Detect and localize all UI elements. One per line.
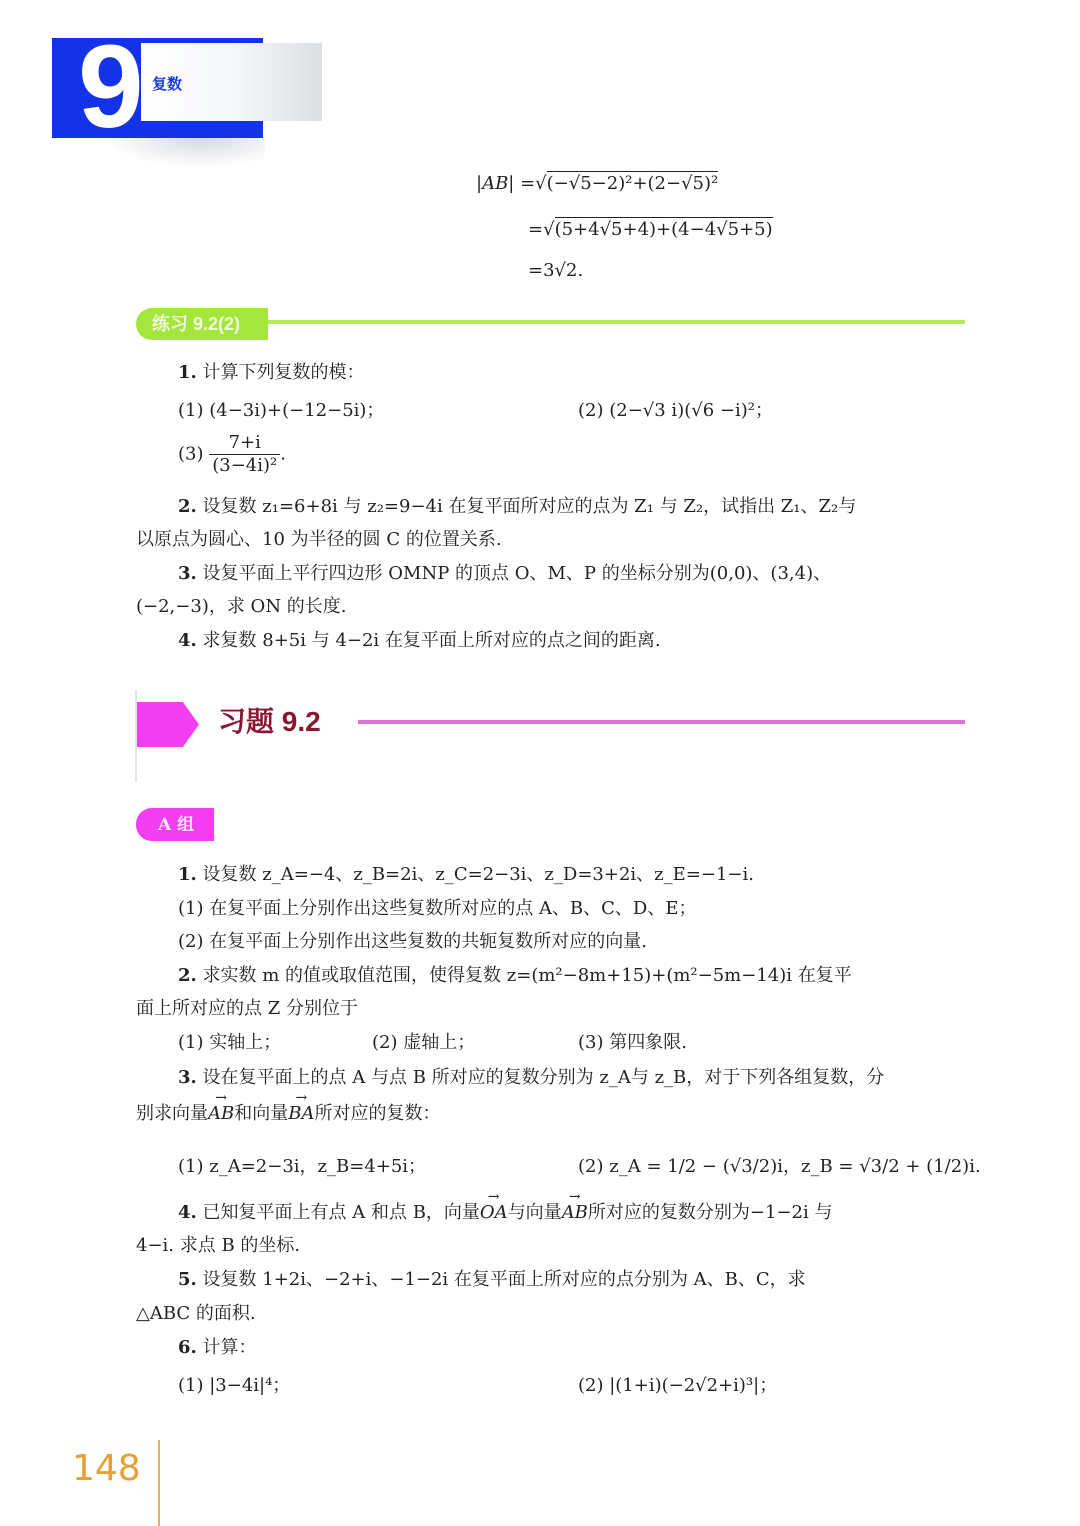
exercise-item-4: 4. 已知复平面上有点 A 和点 B，向量OA与向量AB所对应的复数分别为−1−… [178,1196,832,1230]
item-text: 设复数 1+2i、−2+i、−1−2i 在复平面上所对应的点分别为 A、B、C，… [203,1269,806,1290]
item-number: 4. [178,1202,197,1223]
vector-oa: OA [480,1196,508,1230]
numerator: 7+i [209,432,280,455]
text: 别求向量 [136,1103,208,1124]
exercise-item-3-part-1: (1) z_A=2−3i，z_B=4+5i； [178,1150,426,1184]
exercise-item-2: 2. 求实数 m 的值或取值范围，使得复数 z=(m²−8m+15)+(m²−5… [178,959,852,993]
exercise-flag-icon [137,702,199,747]
exercise-item-3-line-2: 别求向量AB和向量BA所对应的复数： [136,1097,440,1131]
exercise-item-6-part-2: (2) |(1+i)(−2√2+i)³|； [578,1369,777,1403]
group-label: A 组 [158,812,194,838]
vector-ab: AB [562,1196,588,1230]
part-label: (3) [178,444,204,465]
fraction: 7+i (3−4i)² [209,432,280,477]
part-expr: (4−3i)+(−12−5i)； [209,400,384,421]
exercise-item-5: 5. 设复数 1+2i、−2+i、−1−2i 在复平面上所对应的点分别为 A、B… [178,1263,806,1297]
practice-item-2: 2. 设复数 z₁=6+8i 与 z₂=9−4i 在复平面所对应的点为 Z₁ 与… [178,490,856,524]
item-text: 设复数 z_A=−4、z_B=2i、z_C=2−3i、z_D=3+2i、z_E=… [203,864,754,885]
exercise-item-1-sub-1: (1) 在复平面上分别作出这些复数所对应的点 A、B、C、D、E； [178,892,697,926]
item-text: 求复数 8+5i 与 4−2i 在复平面上所对应的点之间的距离. [203,630,661,651]
derivation-line-3: =3√2. [528,260,583,281]
chapter-number: 9 [78,28,142,146]
item-number: 1. [178,864,197,885]
derivation-line-2: =√(5+4√5+4)+(4−4√5+5) [528,219,773,240]
exercise-item-6: 6. 计算： [178,1331,257,1365]
item-number: 5. [178,1269,197,1290]
exercise-item-2-line-2: 面上所对应的点 Z 分别位于 [136,992,358,1026]
derivation-line-1: |AB| =√(−√5−2)²+(2−√5)² [476,173,718,194]
denominator: (3−4i)² [209,455,280,477]
page-number-divider [158,1440,160,1526]
item-text: 设复平面上平行四边形 OMNP 的顶点 O、M、P 的坐标分别为(0,0)、(3… [203,563,832,584]
text: 和向量 [234,1103,288,1124]
practice-item-3: 3. 设复平面上平行四边形 OMNP 的顶点 O、M、P 的坐标分别为(0,0)… [178,557,831,591]
practice-item-2-line-2: 以原点为圆心、10 为半径的圆 C 的位置关系. [136,523,502,557]
derivation-radicand-2: (5+4√5+4)+(4−4√5+5) [555,217,773,240]
item-number: 6. [178,1337,197,1358]
derivation-radicand-1: (−√5−2)²+(2−√5)² [547,171,719,194]
item-number: 3. [178,563,197,584]
exercise-item-2-option-2: (2) 虚轴上； [372,1026,475,1060]
page-number: 148 [72,1447,141,1491]
exercise-item-1-sub-2: (2) 在复平面上分别作出这些复数的共轭复数所对应的向量. [178,925,647,959]
part-expr: (2−√3 i)(√6 −i)²； [609,400,773,421]
practice-divider [268,320,965,324]
practice-item-3-line-2: (−2,−3)，求 ON 的长度. [136,590,347,624]
exercise-item-6-part-1: (1) |3−4i|⁴； [178,1369,290,1403]
part-label: (2) [578,1156,604,1177]
exercise-item-2-option-3: (3) 第四象限. [578,1026,687,1060]
exercise-item-4-line-2: 4−i. 求点 B 的坐标. [136,1229,300,1263]
vector-ab: AB [208,1097,234,1131]
practice-item-1-part-2: (2) (2−√3 i)(√6 −i)²； [578,394,773,428]
text: 所对应的复数： [314,1103,440,1124]
item-number: 2. [178,496,197,517]
exercise-item-3: 3. 设在复平面上的点 A 与点 B 所对应的复数分别为 z_A与 z_B，对于… [178,1061,884,1095]
part-expr: z_A = 1/2 − (√3/2)i，z_B = √3/2 + (1/2)i. [609,1156,980,1177]
practice-title: 练习 9.2(2) [152,311,240,337]
item-text: 求实数 m 的值或取值范围，使得复数 z=(m²−8m+15)+(m²−5m−1… [203,965,852,986]
item-number: 1. [178,362,197,383]
practice-item-1-part-1: (1) (4−3i)+(−12−5i)； [178,394,384,428]
exercise-margin-line [135,690,137,782]
item-text: 计算： [203,1337,257,1358]
part-label: (1) [178,400,204,421]
exercise-item-5-line-2: △ABC 的面积. [136,1297,256,1331]
practice-item-1-part-3: (3) 7+i (3−4i)² . [178,432,286,477]
item-number: 4. [178,630,197,651]
text: 所对应的复数分别为−1−2i 与 [588,1202,833,1223]
part-label: (2) [578,400,604,421]
exercise-title: 习题 9.2 [218,702,321,742]
exercise-divider [358,720,965,724]
part-end: . [280,444,286,465]
item-number: 3. [178,1067,197,1088]
chapter-title: 复数 [152,73,182,94]
item-text: 设复数 z₁=6+8i 与 z₂=9−4i 在复平面所对应的点为 Z₁ 与 Z₂… [203,496,857,517]
exercise-item-3-part-2: (2) z_A = 1/2 − (√3/2)i，z_B = √3/2 + (1/… [578,1150,981,1184]
text: 与向量 [508,1202,562,1223]
practice-item-1: 1. 计算下列复数的模： [178,356,365,390]
text: 已知复平面上有点 A 和点 B，向量 [203,1202,480,1223]
vector-ba: BA [288,1097,314,1131]
exercise-item-2-option-1: (1) 实轴上； [178,1026,281,1060]
practice-item-4: 4. 求复数 8+5i 与 4−2i 在复平面上所对应的点之间的距离. [178,624,661,658]
item-number: 2. [178,965,197,986]
item-text: 计算下列复数的模： [203,362,365,383]
exercise-item-1: 1. 设复数 z_A=−4、z_B=2i、z_C=2−3i、z_D=3+2i、z… [178,858,754,892]
derivation-lhs: |AB| [476,173,514,194]
